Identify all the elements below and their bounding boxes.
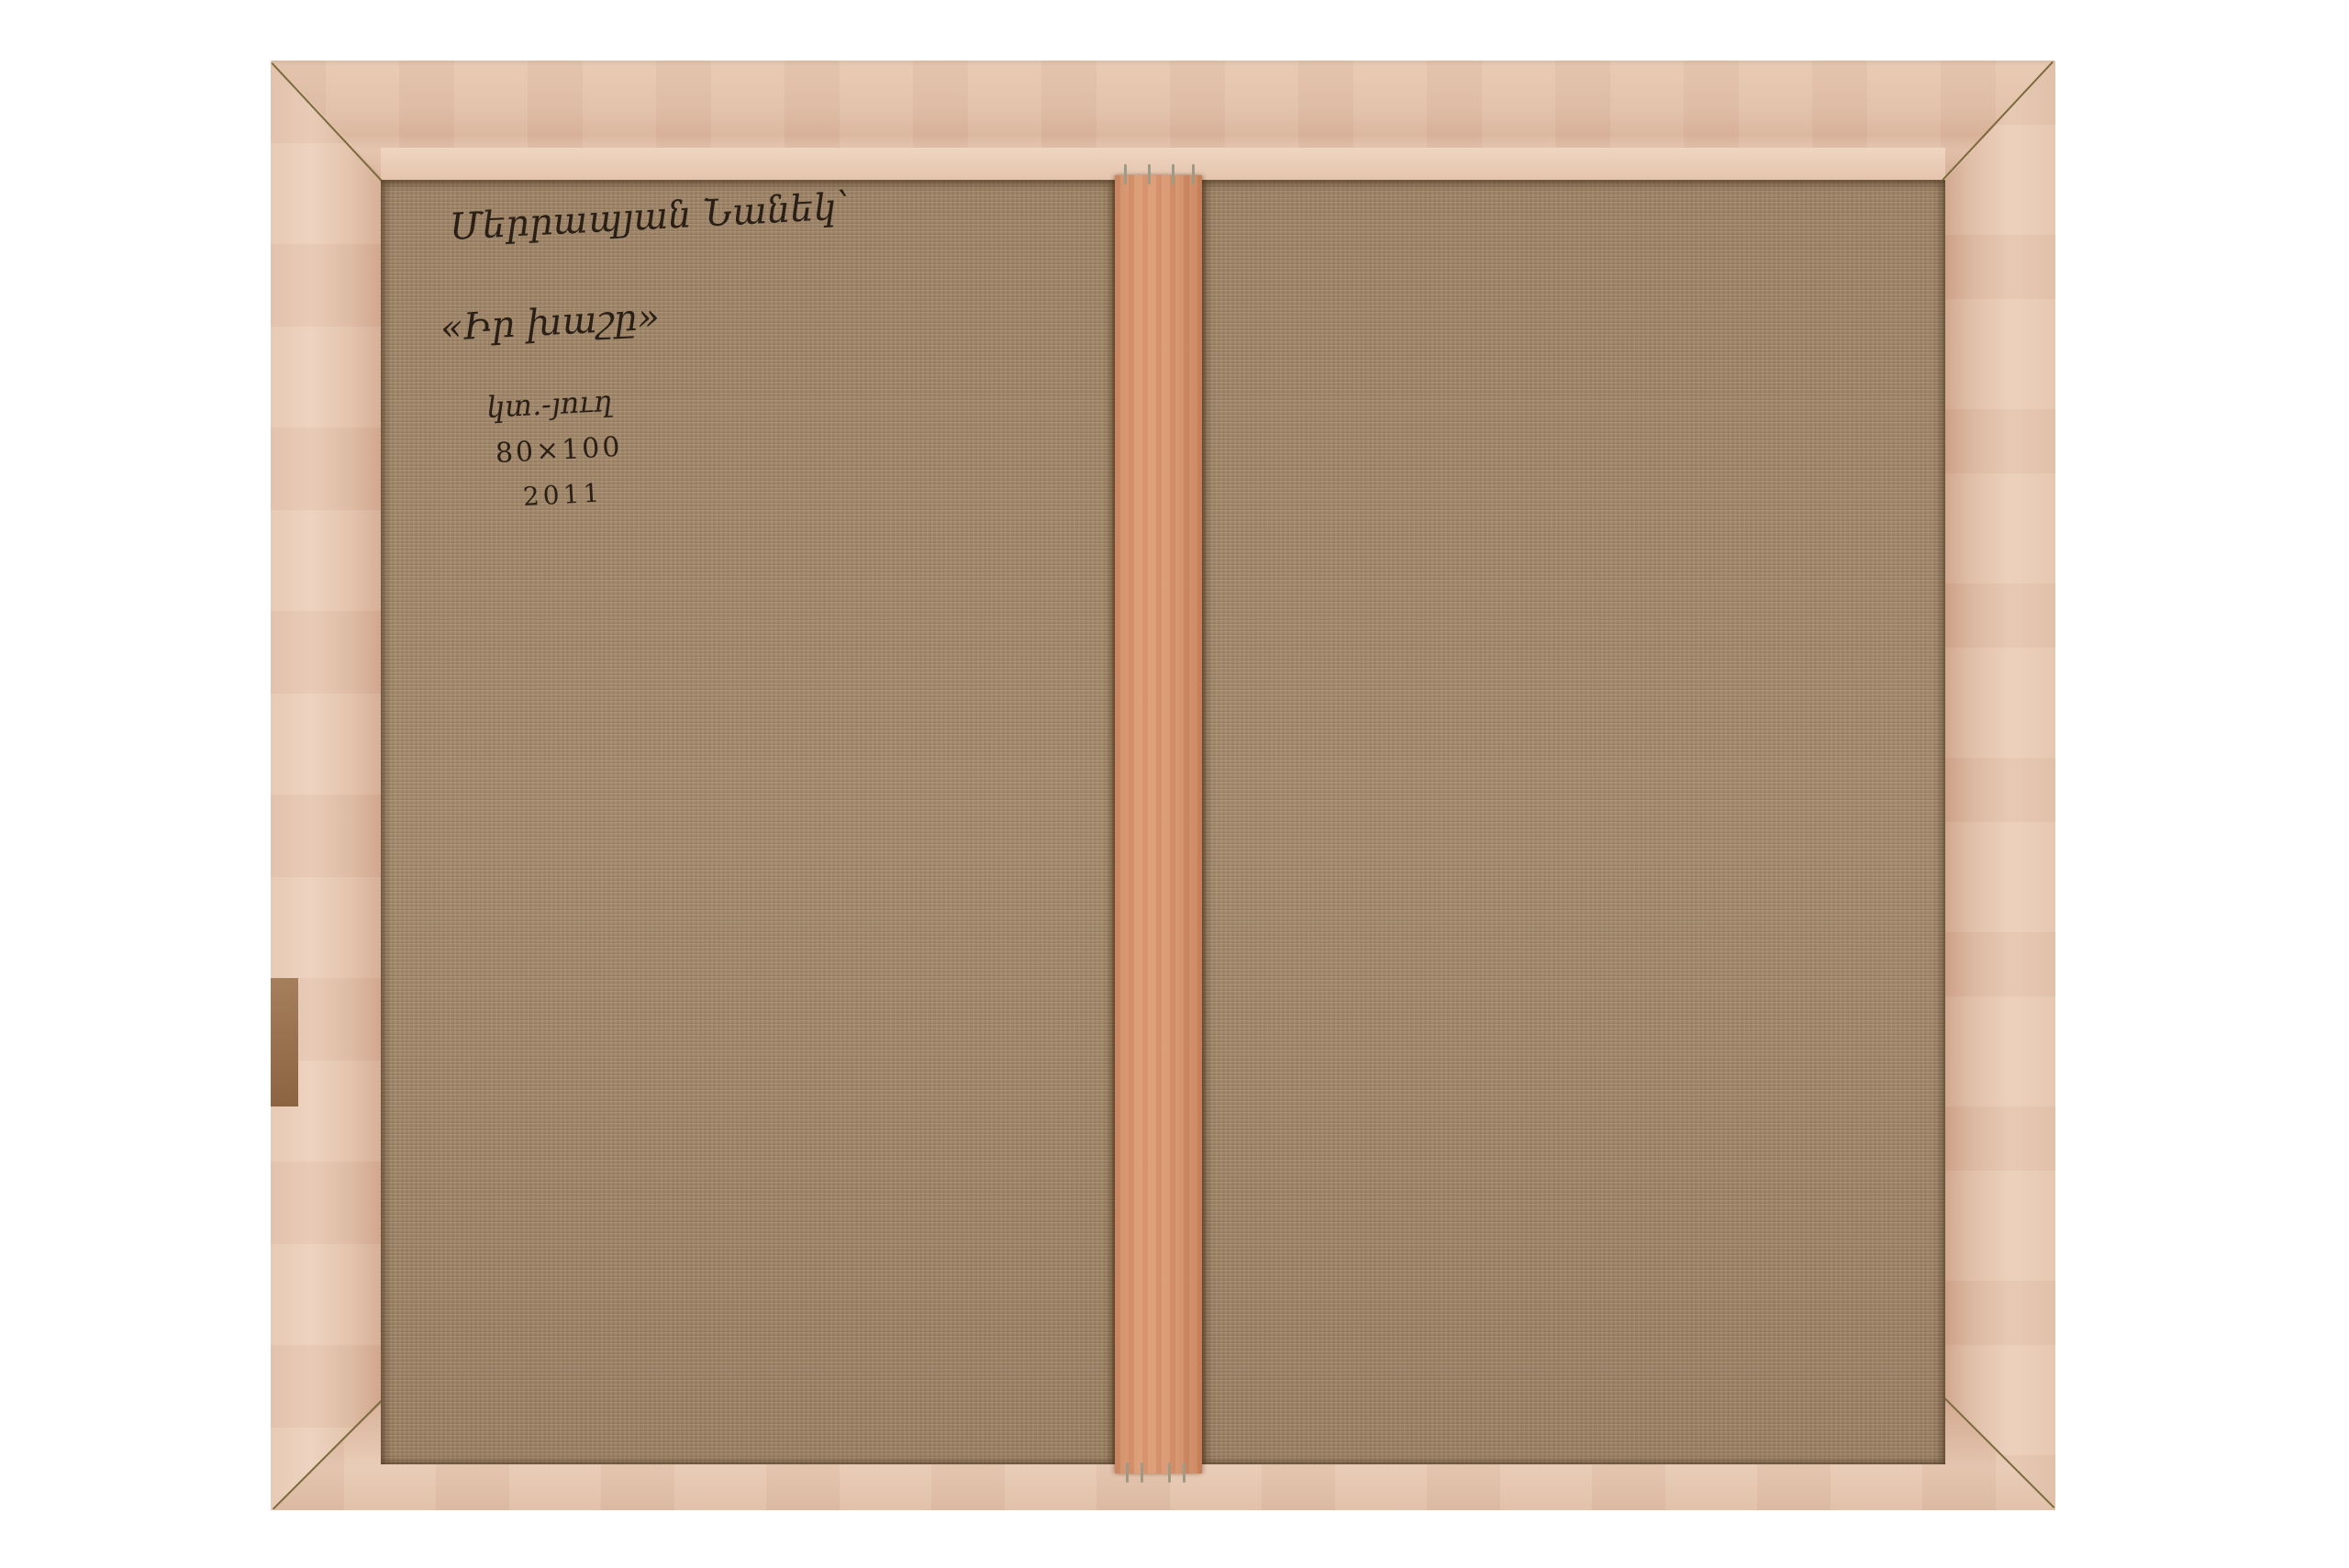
photograph: Մերրապյան Նանեկ՝ «Իր խաշը» կտ.-յուղ 80×1…: [0, 0, 2349, 1568]
staple: [1141, 1462, 1143, 1483]
center-brace: [1115, 175, 1202, 1473]
staple: [1148, 164, 1151, 184]
staple: [1183, 1462, 1186, 1483]
staple: [1124, 164, 1127, 184]
canvas-panel-left: [381, 180, 1115, 1464]
inscription-dimensions: 80×100: [495, 431, 623, 470]
stretcher-frame: [271, 61, 2055, 1510]
canvas-panel-right: [1202, 180, 1945, 1464]
wood-stain-patch: [271, 978, 298, 1106]
inscription-year: 2011: [522, 477, 604, 512]
frame-rail-right: [1945, 61, 2055, 1510]
staple: [1172, 164, 1174, 184]
inscription-medium: կտ.-յուղ: [485, 384, 613, 425]
staple: [1126, 1462, 1129, 1483]
frame-rail-left: [271, 61, 385, 1510]
staple: [1192, 164, 1195, 184]
staple: [1168, 1462, 1171, 1483]
